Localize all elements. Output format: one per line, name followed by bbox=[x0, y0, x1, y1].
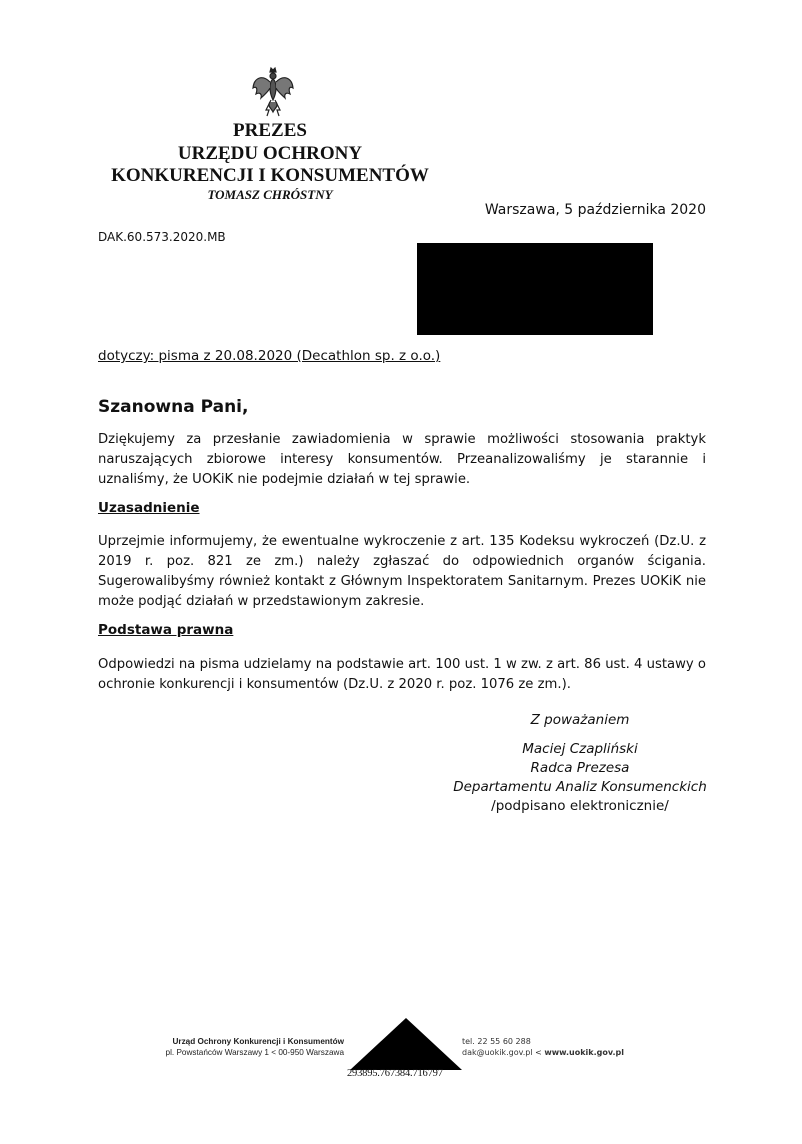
legal-basis-heading: Podstawa prawna bbox=[98, 622, 233, 638]
greeting: Szanowna Pani, bbox=[98, 397, 248, 417]
signatory-title: Radca Prezesa bbox=[430, 759, 730, 778]
header-president-name: TOMASZ CHRÓSTNY bbox=[100, 187, 440, 203]
footer-separator: < bbox=[533, 1048, 545, 1057]
signatory-department: Departamentu Analiz Konsumenckich bbox=[430, 778, 730, 797]
footer-triangle-logo-icon bbox=[350, 1018, 462, 1070]
footer-address: pl. Powstańców Warszawy 1 < 00-950 Warsz… bbox=[130, 1047, 344, 1058]
footer-website-link[interactable]: www.uokik.gov.pl bbox=[544, 1048, 624, 1057]
polish-eagle-emblem-icon bbox=[250, 66, 296, 120]
footer-phone: tel. 22 55 60 288 bbox=[462, 1036, 624, 1047]
footer-address-block: Urząd Ochrony Konkurencji i Konsumentów … bbox=[130, 1036, 344, 1058]
footer-email-link[interactable]: dak@uokik.gov.pl bbox=[462, 1048, 533, 1057]
letter-page: PREZES URZĘDU OCHRONY KONKURENCJI I KONS… bbox=[0, 0, 802, 1144]
subject-line: dotyczy: pisma z 20.08.2020 (Decathlon s… bbox=[98, 348, 440, 364]
letter-date: Warszawa, 5 października 2020 bbox=[485, 202, 706, 218]
signature-note: /podpisano elektronicznie/ bbox=[430, 797, 730, 816]
legal-basis-paragraph: Odpowiedzi na pisma udzielamy na podstaw… bbox=[98, 655, 706, 695]
justification-heading: Uzasadnienie bbox=[98, 500, 200, 516]
footer-org-name: Urząd Ochrony Konkurencji i Konsumentów bbox=[130, 1036, 344, 1047]
signatory-name: Maciej Czapliński bbox=[430, 740, 730, 759]
justification-paragraph: Uprzejmie informujemy, że ewentualne wyk… bbox=[98, 532, 706, 612]
intro-paragraph: Dziękujemy za przesłanie zawiadomienia w… bbox=[98, 430, 706, 490]
document-id: 293895.767384.716797 bbox=[347, 1068, 443, 1079]
footer-contact-block: tel. 22 55 60 288 dak@uokik.gov.pl < www… bbox=[462, 1036, 624, 1058]
signature-block: Maciej Czapliński Radca Prezesa Departam… bbox=[430, 740, 730, 816]
reference-number: DAK.60.573.2020.MB bbox=[98, 230, 226, 244]
header-title-line-1: PREZES bbox=[100, 120, 440, 142]
redacted-recipient-block bbox=[417, 243, 653, 335]
header-title-line-2: URZĘDU OCHRONY bbox=[100, 143, 440, 165]
signature-closing: Z poważaniem bbox=[430, 711, 730, 730]
header-title-line-3: KONKURENCJI I KONSUMENTÓW bbox=[95, 165, 445, 187]
